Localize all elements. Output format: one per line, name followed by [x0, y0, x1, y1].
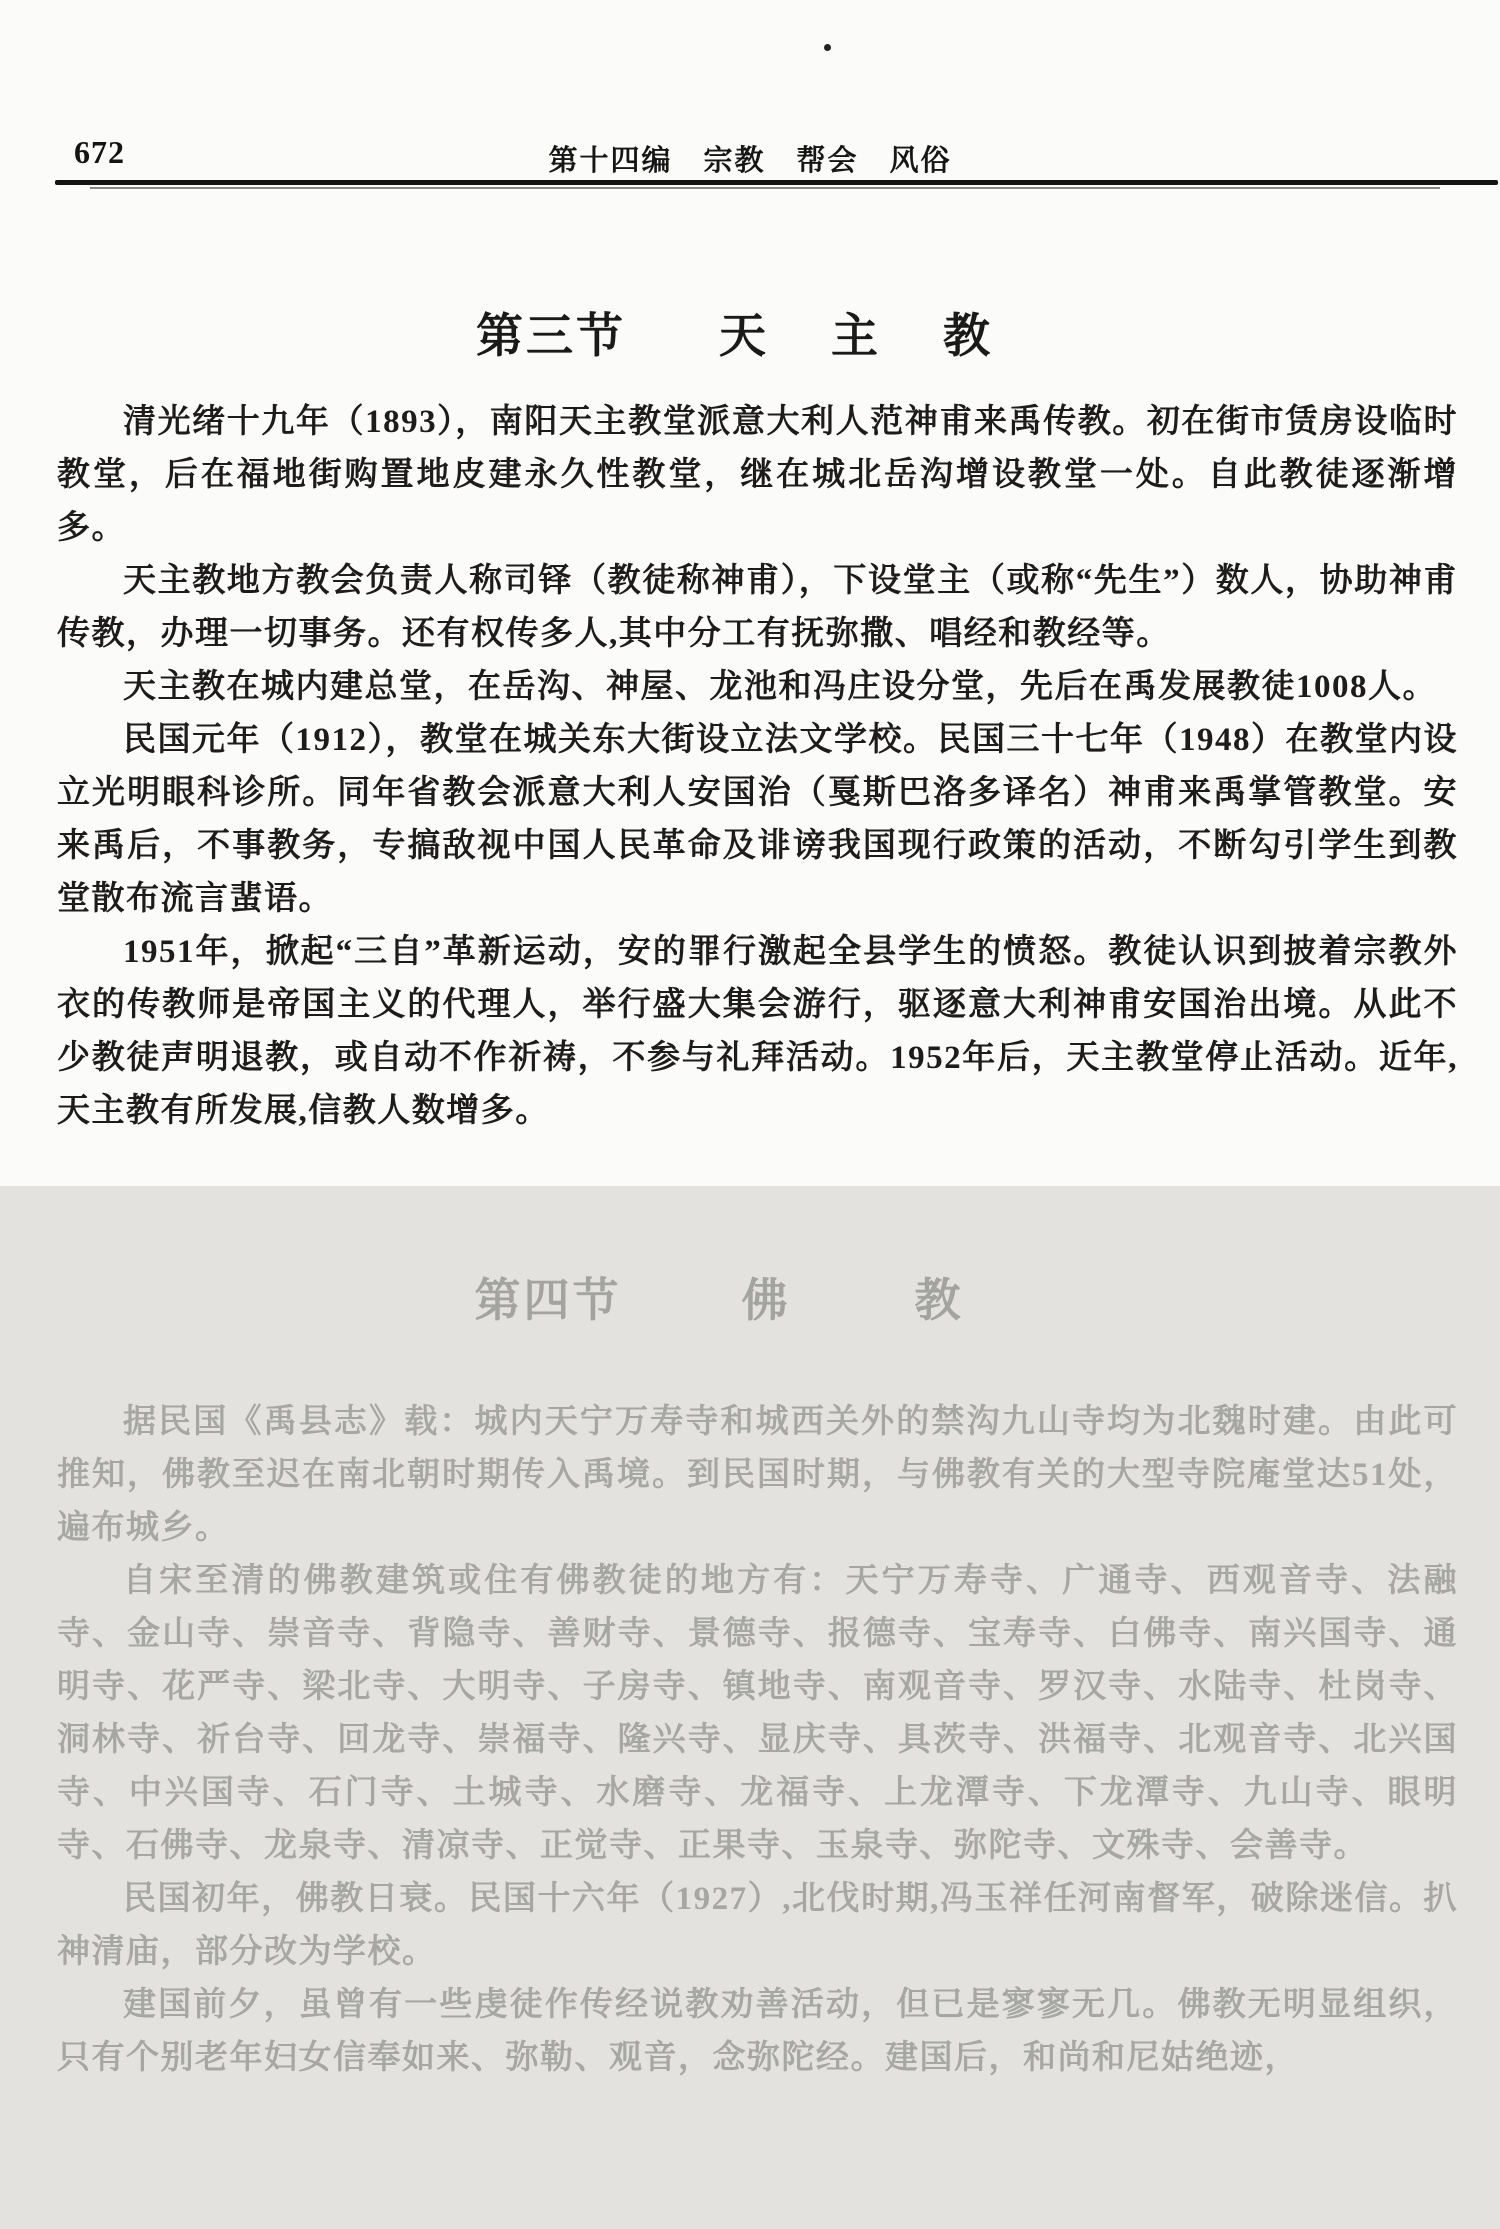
section-3-title-char: 教	[943, 299, 993, 366]
faded-scan-zone: 第四节 佛 教 据民国《禹县志》载：城内天宁万寿寺和城西关外的禁沟九山寺均为北魏…	[0, 1186, 1500, 2229]
paragraph: 民国初年，佛教日衰。民国十六年（1927）,北伐时期,冯玉祥任河南督军，破除迷信…	[57, 1873, 1458, 1979]
section-3-body: 清光绪十九年（1893），南阳天主教堂派意大利人范神甫来禹传教。初在街市赁房设临…	[57, 396, 1458, 1138]
section-4-title: 第四节 佛 教	[0, 1186, 1500, 1330]
section-4-title-char: 教	[915, 1264, 964, 1330]
page-number: 672	[74, 134, 125, 171]
paragraph: 1951年，掀起“三自”革新运动，安的罪行激起全县学生的愤怒。教徒认识到披着宗教…	[57, 926, 1458, 1138]
running-head: 第十四编 宗教 帮会 风俗	[548, 138, 951, 179]
paragraph: 据民国《禹县志》载：城内天宁万寿寺和城西关外的禁沟九山寺均为北魏时建。由此可推知…	[57, 1396, 1458, 1555]
header-rule	[55, 180, 1498, 185]
section-3-title-char: 天	[719, 299, 769, 366]
section-4-body: 据民国《禹县志》载：城内天宁万寿寺和城西关外的禁沟九山寺均为北魏时建。由此可推知…	[0, 1396, 1500, 2085]
section-3-title: 第三节 天 主 教	[0, 299, 1500, 366]
scanned-page: 672 第十四编 宗教 帮会 风俗 第三节 天 主 教 清光绪十九年（1893）…	[0, 0, 1500, 2229]
header-rule-shadow	[90, 187, 1440, 189]
scan-speck	[824, 44, 831, 51]
paragraph: 自宋至清的佛教建筑或住有佛教徒的地方有：天宁万寿寺、广通寺、西观音寺、法融寺、金…	[57, 1555, 1458, 1873]
paragraph: 天主教在城内建总堂，在岳沟、神屋、龙池和冯庄设分堂，先后在禹发展教徒1008人。	[57, 661, 1458, 714]
section-4-title-prefix: 第四节	[475, 1264, 622, 1330]
paragraph: 清光绪十九年（1893），南阳天主教堂派意大利人范神甫来禹传教。初在街市赁房设临…	[57, 396, 1458, 555]
paragraph: 民国元年（1912），教堂在城关东大街设立法文学校。民国三十七年（1948）在教…	[57, 714, 1458, 926]
paragraph: 建国前夕，虽曾有一些虔徒作传经说教劝善活动，但已是寥寥无几。佛教无明显组织，只有…	[57, 1979, 1458, 2085]
section-3-title-char: 主	[831, 299, 881, 366]
section-4-title-char: 佛	[742, 1264, 791, 1330]
paragraph: 天主教地方教会负责人称司铎（教徒称神甫），下设堂主（或称“先生”）数人，协助神甫…	[57, 555, 1458, 661]
section-3-title-prefix: 第三节	[476, 299, 626, 366]
